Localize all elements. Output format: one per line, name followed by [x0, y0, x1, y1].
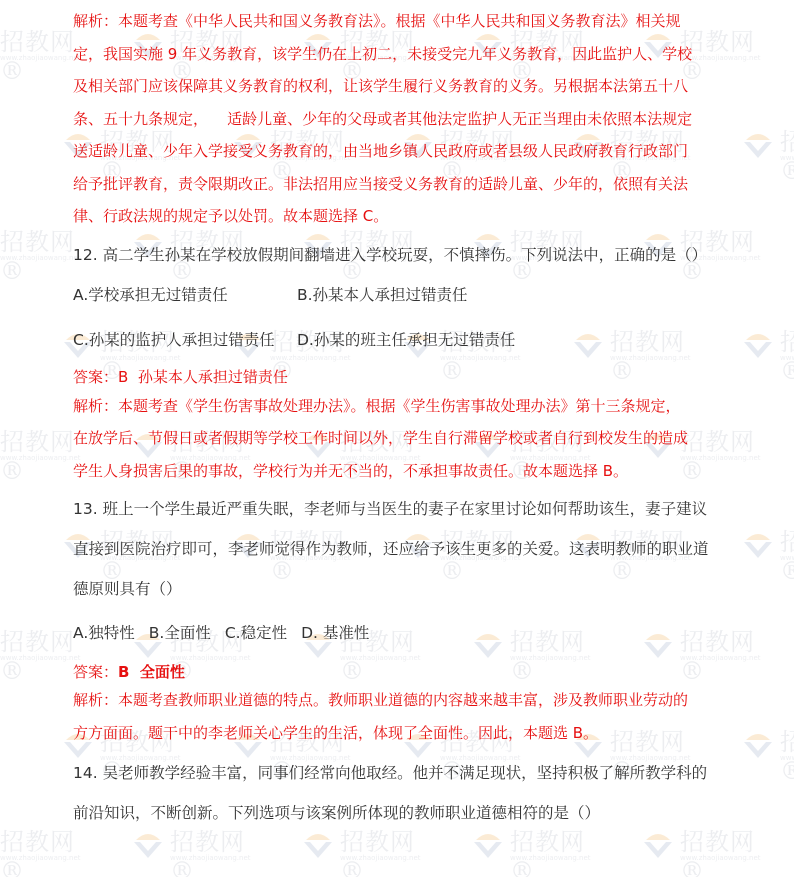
check-shield-icon [740, 326, 776, 362]
option-a: A.学校承担无过错责任 [73, 283, 297, 305]
analysis-line: 解析：本题考查教师职业道德的特点。教师职业道德的内容越来越丰富，涉及教师职业劳动… [73, 684, 723, 717]
analysis-line: 学生人身损害后果的事故，学校行为并无不当的，不承担事故责任。故本题选择 B。 [73, 455, 723, 488]
option-d: D.孙某的班主任承担无过错责任 [297, 328, 515, 350]
question-12: 12. 高二学生孙某在学校放假期间翻墙进入学校玩耍，不慎摔伤。下列说法中，正确的… [73, 239, 723, 488]
analysis-line: 在放学后、节假日或者假期等学校工作时间以外，学生自行滞留学校或者自行到校发生的造… [73, 422, 723, 455]
question-14: 14. 吴老师教学经验丰富，同事们经常向他取经。他并不满足现状，坚持积极了解所教… [73, 753, 723, 833]
question-text: 前沿知识，不断创新。下列选项与该案例所体现的教师职业道德相符的是（） [73, 793, 723, 833]
option-c: C.稳定性 [225, 621, 287, 643]
analysis-line: 条、五十九条规定， 适龄儿童、少年的父母或者其他法定监护人无正当理由未依照本法规… [73, 103, 723, 136]
document-body: 解析：本题考查《中华人民共和国义务教育法》。根据《中华人民共和国义务教育法》相关… [0, 5, 723, 833]
question-text: 14. 吴老师教学经验丰富，同事们经常向他取经。他并不满足现状，坚持积极了解所教… [73, 753, 723, 793]
answer: 答案：B 孙某本人承担过错责任 [73, 366, 723, 388]
answer-value: B 全面性 [118, 663, 185, 681]
options-row: A.独特性 B.全面性 C.稳定性 D. 基准性 [73, 621, 723, 643]
question-text: 12. 高二学生孙某在学校放假期间翻墙进入学校玩耍，不慎摔伤。下列说法中，正确的… [73, 239, 723, 271]
watermark-logo: 招教网®www.zhaojiaowang.net [740, 320, 794, 370]
question-text: 德原则具有（） [73, 569, 723, 609]
analysis-line: 方方面面。题干中的李老师关心学生的生活，体现了全面性。因此，本题选 B。 [73, 717, 723, 750]
analysis-line: 给予批评教育，责令限期改正。非法招用应当接受义务教育的适龄儿童、少年的，依照有关… [73, 168, 723, 201]
question-text: 13. 班上一个学生最近严重失眠，李老师与当医生的妻子在家里讨论如何帮助该生，妻… [73, 489, 723, 529]
option-a: A.独特性 [73, 621, 135, 643]
question-text: 直接到医院治疗即可，李老师觉得作为教师，还应给予该生更多的关爱。这表明教师的职业… [73, 529, 723, 569]
answer-label: 答案： [73, 663, 118, 681]
q11-analysis: 解析：本题考查《中华人民共和国义务教育法》。根据《中华人民共和国义务教育法》相关… [73, 5, 723, 233]
watermark-logo: 招教网®www.zhaojiaowang.net [740, 520, 794, 570]
options-row: C.孙某的监护人承担过错责任 D.孙某的班主任承担无过错责任 [73, 328, 723, 350]
options-row: A.学校承担无过错责任 B.孙某本人承担过错责任 [73, 283, 723, 305]
watermark-logo: 招教网®www.zhaojiaowang.net [740, 120, 794, 170]
watermark-logo: 招教网®www.zhaojiaowang.net [740, 720, 794, 770]
option-c: C.孙某的监护人承担过错责任 [73, 328, 297, 350]
analysis-line: 解析：本题考查《中华人民共和国义务教育法》。根据《中华人民共和国义务教育法》相关… [73, 5, 723, 38]
analysis-line: 定，我国实施 9 年义务教育，该学生仍在上初二，未接受完九年义务教育，因此监护人… [73, 38, 723, 71]
question-13: 13. 班上一个学生最近严重失眠，李老师与当医生的妻子在家里讨论如何帮助该生，妻… [73, 489, 723, 749]
check-shield-icon [740, 126, 776, 162]
analysis-line: 解析：本题考查《学生伤害事故处理办法》。根据《学生伤害事故处理办法》第十三条规定… [73, 390, 723, 423]
check-shield-icon [740, 726, 776, 762]
answer: 答案：B 全面性 [73, 661, 723, 683]
option-d: D. 基准性 [301, 621, 369, 643]
option-b: B.全面性 [149, 621, 211, 643]
check-shield-icon [740, 526, 776, 562]
analysis-line: 及相关部门应该保障其义务教育的权利，让该学生履行义务教育的义务。另根据本法第五十… [73, 70, 723, 103]
option-b: B.孙某本人承担过错责任 [297, 283, 468, 305]
analysis-line: 送适龄儿童、少年入学接受义务教育的，由当地乡镇人民政府或者县级人民政府教育行政部… [73, 135, 723, 168]
analysis-line: 律、行政法规的规定予以处罚。故本题选择 C。 [73, 200, 723, 233]
